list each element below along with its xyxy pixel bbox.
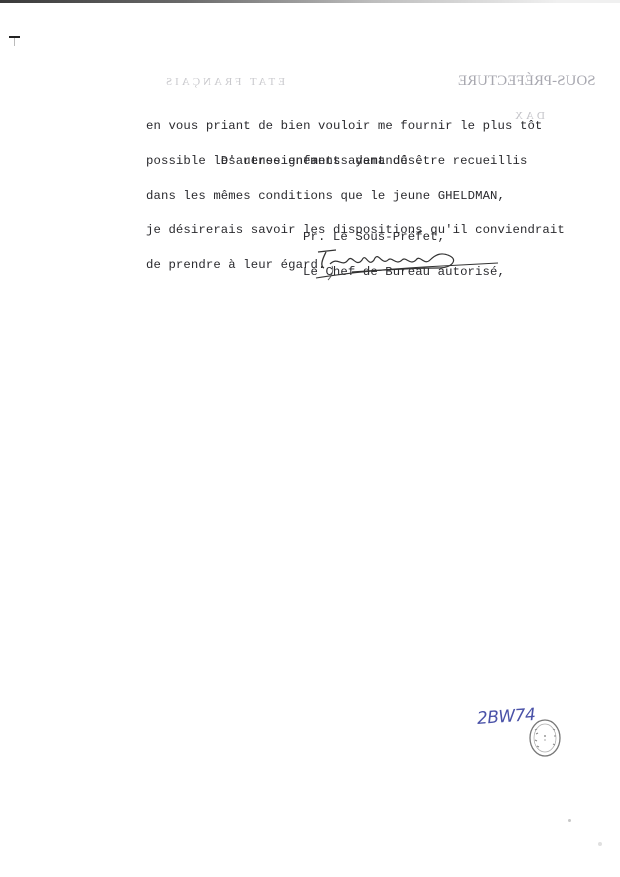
faded-letterhead: ETAT FRANÇAIS: [163, 76, 285, 88]
document-page: ETAT FRANÇAIS SOUS-PRÉFECTURE DAX en vou…: [0, 0, 620, 877]
margin-mark: [9, 36, 20, 38]
text-line: D'autres enfants ayant dû être recueilli…: [146, 156, 565, 168]
faded-prefecture-stamp: SOUS-PRÉFECTURE: [458, 73, 596, 90]
text-line: en vous priant de bien vouloir me fourni…: [146, 121, 542, 133]
text-line: dans les mêmes conditions que le jeune G…: [146, 191, 565, 203]
signature-image: [312, 238, 502, 283]
paper-speck: [598, 842, 602, 846]
paper-speck: [568, 819, 571, 822]
archive-stamp-icon: [528, 718, 562, 758]
scan-top-edge: [0, 0, 620, 3]
